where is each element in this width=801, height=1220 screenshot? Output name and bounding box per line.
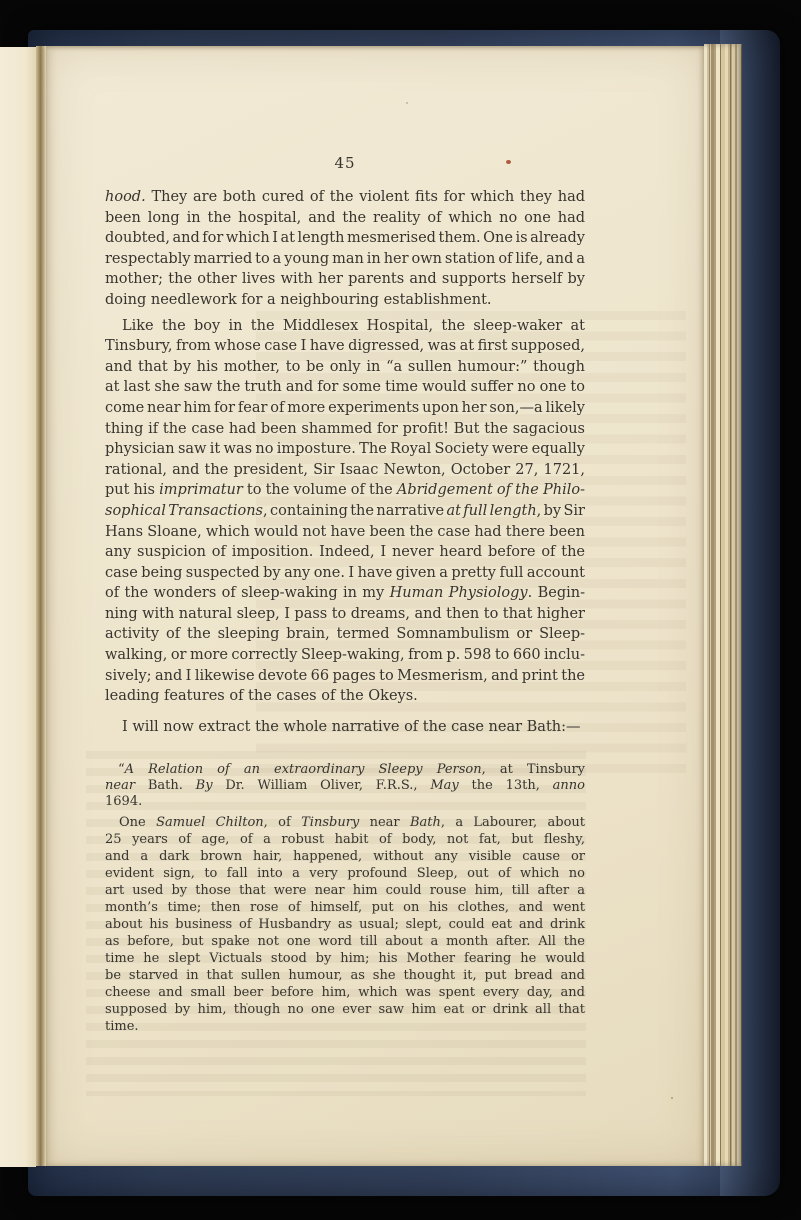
- text-column: 45 hood. They are both cured of the viol…: [105, 152, 585, 1035]
- text-line: 25 years of age, of a robust habit of bo…: [105, 831, 585, 848]
- text-line: case being suspected by any one. I have …: [105, 563, 585, 584]
- page-number: 45: [105, 152, 585, 174]
- page-edge-streak: [711, 44, 714, 1166]
- text-line: been long in the hospital, and the reali…: [105, 208, 585, 229]
- text-line: time he slept Victuals stood by him; his…: [105, 950, 585, 967]
- text-line: be starved in that sullen humour, as she…: [105, 967, 585, 984]
- paragraph-p3: I will now extract the whole narrative o…: [105, 717, 585, 738]
- text-line: as before, but spake not one word till a…: [105, 933, 585, 950]
- text-line: I will now extract the whole narrative o…: [105, 717, 585, 738]
- page-edges: [704, 44, 742, 1166]
- text-line: come near him for fear of more experimen…: [105, 398, 585, 419]
- text-line: doing needlework for a neighbouring esta…: [105, 290, 585, 311]
- text-line: mother; the other lives with her parents…: [105, 269, 585, 290]
- text-line: physician saw it was no imposture. The R…: [105, 439, 585, 460]
- text-line: at last she saw the truth and for some t…: [105, 377, 585, 398]
- text-line: time.: [105, 1018, 585, 1035]
- paragraph-p4: “A Relation of an extraordinary Sleepy P…: [105, 762, 585, 810]
- gutter-shadow: [36, 46, 46, 1166]
- text-line: supposed by him, though no one ever saw …: [105, 1001, 585, 1018]
- text-line: and a dark brown hair, happened, without…: [105, 848, 585, 865]
- text-line: cheese and small beer before him, which …: [105, 984, 585, 1001]
- text-line: evident sign, to fall into a very profou…: [105, 865, 585, 882]
- text-line: sophical Transactions, containing the na…: [105, 501, 585, 522]
- text-line: activity of the sleeping brain, termed S…: [105, 624, 585, 645]
- text-line: respectably married to a young man in he…: [105, 249, 585, 270]
- text-line: near Bath. By Dr. William Oliver, F.R.S.…: [105, 778, 585, 794]
- text-line: doubted, and for which I at length mesme…: [105, 228, 585, 249]
- paragraph-p5: One Samuel Chilton, of Tinsbury near Bat…: [105, 814, 585, 1035]
- text-line: and that by his mother, to be only in “a…: [105, 357, 585, 378]
- book-photo: 45 hood. They are both cured of the viol…: [0, 0, 801, 1220]
- text-line: walking, or more correctly Sleep-waking,…: [105, 645, 585, 666]
- text-line: One Samuel Chilton, of Tinsbury near Bat…: [105, 814, 585, 831]
- text-line: of the wonders of sleep-waking in my Hum…: [105, 583, 585, 604]
- paper-speck: [671, 1097, 673, 1099]
- paper-speck: [406, 102, 408, 104]
- text-line: thing if the case had been shammed for p…: [105, 419, 585, 440]
- text-line: about his business of Husbandry as usual…: [105, 916, 585, 933]
- text-line: ning with natural sleep, I pass to dream…: [105, 604, 585, 625]
- text-line: art used by those that were near him cou…: [105, 882, 585, 899]
- book-page: 45 hood. They are both cured of the viol…: [46, 46, 704, 1166]
- facing-page-edge: [0, 47, 36, 1167]
- text-line: leading features of the cases of the Oke…: [105, 686, 585, 707]
- text-line: any suspicion of imposition. Indeed, I n…: [105, 542, 585, 563]
- text-line: 1694.: [105, 794, 585, 810]
- paragraph-p1: hood. They are both cured of the violent…: [105, 187, 585, 311]
- text-line: month’s time; then rose of himself, put …: [105, 899, 585, 916]
- paragraph-p2: Like the boy in the Middlesex Hospital, …: [105, 316, 585, 707]
- text-line: Hans Sloane, which would not have been t…: [105, 522, 585, 543]
- page-edge-streak: [730, 44, 732, 1166]
- text-line: Tinsbury, from whose case I have digress…: [105, 336, 585, 357]
- text-line: hood. They are both cured of the violent…: [105, 187, 585, 208]
- text-line: sively; and I likewise devote 66 pages t…: [105, 666, 585, 687]
- text-line: rational, and the president, Sir Isaac N…: [105, 460, 585, 481]
- text-line: “A Relation of an extraordinary Sleepy P…: [105, 762, 585, 778]
- text-line: put his imprimatur to the volume of the …: [105, 480, 585, 501]
- text-line: Like the boy in the Middlesex Hospital, …: [105, 316, 585, 337]
